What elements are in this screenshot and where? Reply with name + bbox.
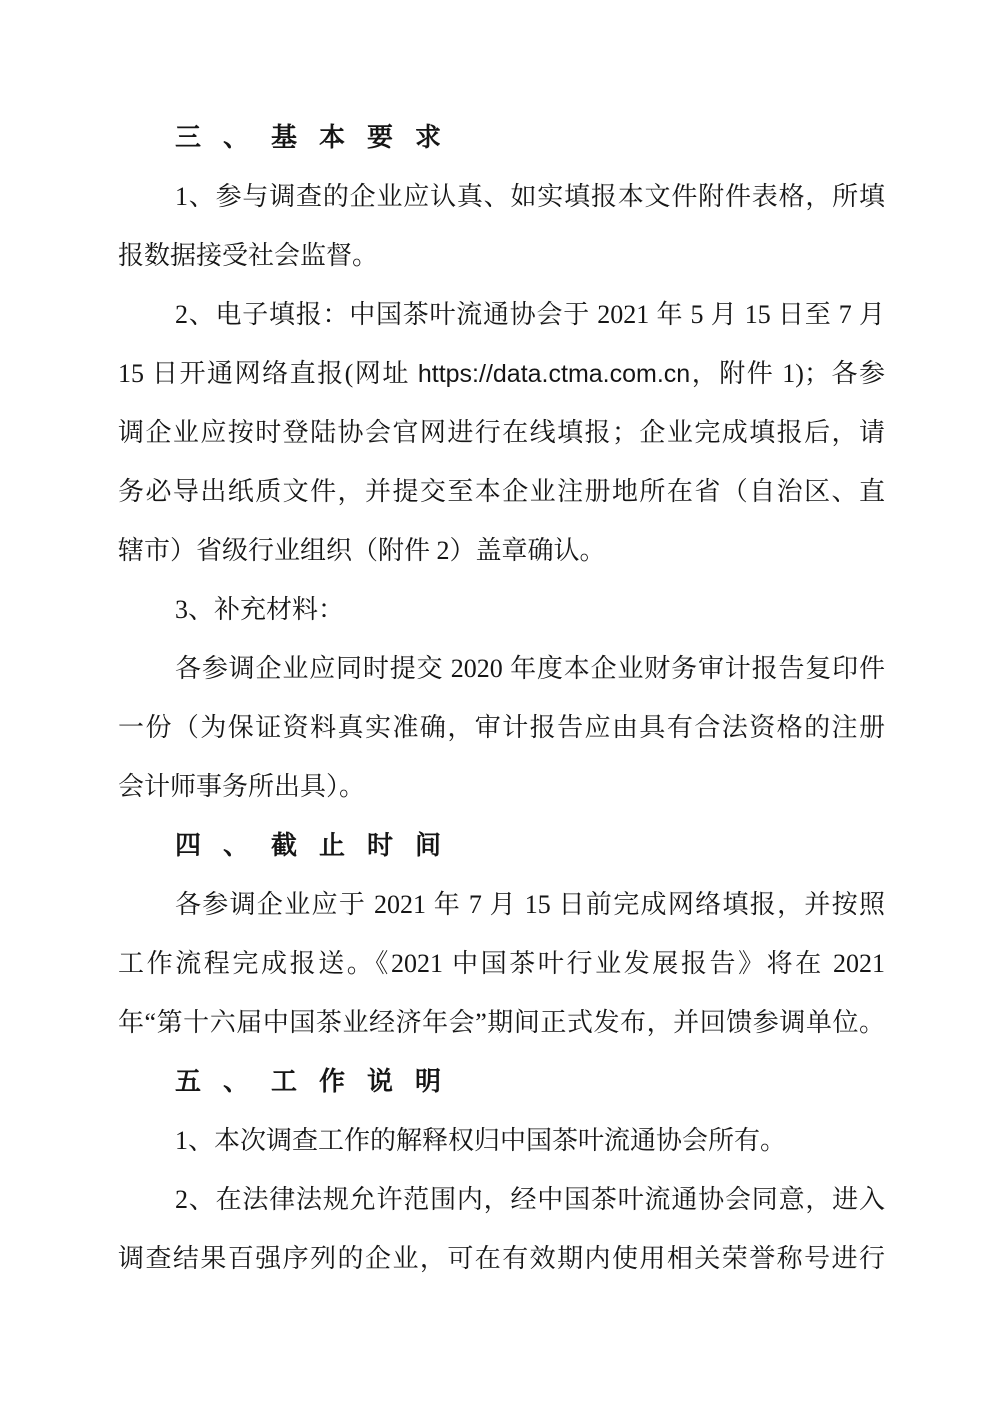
section-heading-work-notes: 五、工作说明 [118, 1052, 885, 1111]
url-prefix-text: 15 日开通网络直报(网址 [118, 359, 418, 388]
doc-line: 1、参与调查的企业应认真、如实填报本文件附件表格，所填 [118, 167, 885, 226]
document-body: 三、基本要求 1、参与调查的企业应认真、如实填报本文件附件表格，所填 报数据接受… [118, 108, 885, 1288]
doc-line: 2、在法律法规允许范围内，经中国茶叶流通协会同意，进入 [118, 1170, 885, 1229]
doc-line: 务必导出纸质文件，并提交至本企业注册地所在省（自治区、直 [118, 462, 885, 521]
url-suffix-text: ，附件 1)；各参 [690, 359, 885, 388]
doc-line: 调查结果百强序列的企业，可在有效期内使用相关荣誉称号进行 [118, 1229, 885, 1288]
doc-line: 辖市）省级行业组织（附件 2）盖章确认。 [118, 521, 885, 580]
doc-line: 调企业应按时登陆协会官网进行在线填报；企业完成填报后，请 [118, 403, 885, 462]
document-page: 三、基本要求 1、参与调查的企业应认真、如实填报本文件附件表格，所填 报数据接受… [0, 0, 999, 1413]
doc-line: 报数据接受社会监督。 [118, 226, 885, 285]
doc-line-with-url: 15 日开通网络直报(网址 https://data.ctma.com.cn，附… [118, 344, 885, 403]
survey-site-url: https://data.ctma.com.cn [418, 360, 690, 388]
section-heading-deadline: 四、截止时间 [118, 816, 885, 875]
doc-line: 各参调企业应同时提交 2020 年度本企业财务审计报告复印件 [118, 639, 885, 698]
doc-line: 2、电子填报：中国茶叶流通协会于 2021 年 5 月 15 日至 7 月 [118, 285, 885, 344]
doc-line: 3、补充材料： [118, 580, 885, 639]
doc-line: 一份（为保证资料真实准确，审计报告应由具有合法资格的注册 [118, 698, 885, 757]
doc-line: 年“第十六届中国茶业经济年会”期间正式发布，并回馈参调单位。 [118, 993, 885, 1052]
doc-line: 会计师事务所出具）。 [118, 757, 885, 816]
doc-line: 各参调企业应于 2021 年 7 月 15 日前完成网络填报，并按照 [118, 875, 885, 934]
section-heading-basic-requirements: 三、基本要求 [118, 108, 885, 167]
doc-line: 1、本次调查工作的解释权归中国茶叶流通协会所有。 [118, 1111, 885, 1170]
doc-line: 工作流程完成报送。《2021 中国茶叶行业发展报告》将在 2021 [118, 934, 885, 993]
